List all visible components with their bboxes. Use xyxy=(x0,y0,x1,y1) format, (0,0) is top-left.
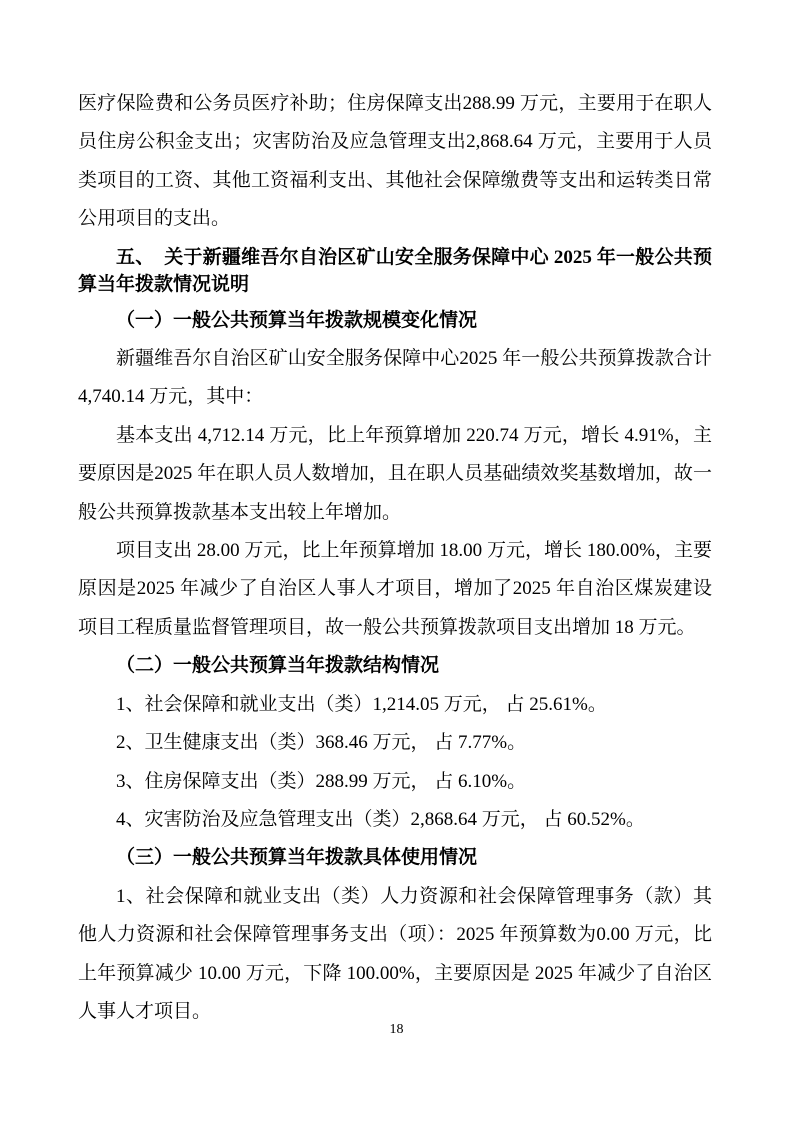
subsection-3-heading: （三）一般公共预算当年拨款具体使用情况 xyxy=(78,839,712,877)
paragraph-project-expenditure: 项目支出 28.00 万元，比上年预算增加 18.00 万元，增长 180.00… xyxy=(78,532,712,647)
document-page: 医疗保险费和公务员医疗补助；住房保障支出288.99 万元，主要用于在职人员住房… xyxy=(0,0,793,1122)
document-body: 医疗保险费和公务员医疗补助；住房保障支出288.99 万元，主要用于在职人员住房… xyxy=(78,85,712,1031)
paragraph-medical-housing-disaster-expense: 医疗保险费和公务员医疗补助；住房保障支出288.99 万元，主要用于在职人员住房… xyxy=(78,85,712,239)
list-item-health: 2、卫生健康支出（类）368.46 万元， 占 7.77%。 xyxy=(78,724,712,762)
paragraph-usage-detail-1: 1、社会保障和就业支出（类）人力资源和社会保障管理事务（款）其他人力资源和社会保… xyxy=(78,878,712,1032)
section-5-heading: 五、 关于新疆维吾尔自治区矿山安全服务保障中心 2025 年一般公共预算当年拨款… xyxy=(78,244,712,298)
paragraph-total-appropriation: 新疆维吾尔自治区矿山安全服务保障中心2025 年一般公共预算拨款合计4,740.… xyxy=(78,340,712,417)
list-item-social-security: 1、社会保障和就业支出（类）1,214.05 万元， 占 25.61%。 xyxy=(78,686,712,724)
subsection-2-heading: （二）一般公共预算当年拨款结构情况 xyxy=(78,647,712,685)
paragraph-basic-expenditure: 基本支出 4,712.14 万元，比上年预算增加 220.74 万元，增长 4.… xyxy=(78,417,712,532)
list-item-housing: 3、住房保障支出（类）288.99 万元， 占 6.10%。 xyxy=(78,763,712,801)
page-number: 18 xyxy=(0,1021,793,1039)
list-item-disaster-management: 4、灾害防治及应急管理支出（类）2,868.64 万元， 占 60.52%。 xyxy=(78,801,712,839)
subsection-1-heading: （一）一般公共预算当年拨款规模变化情况 xyxy=(78,302,712,340)
